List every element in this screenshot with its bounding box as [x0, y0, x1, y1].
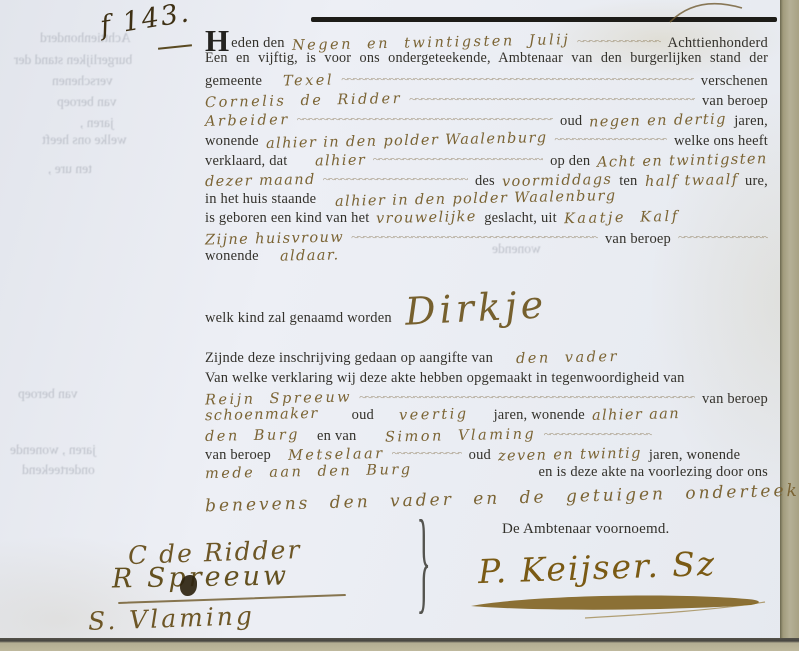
printed-text: jaren, wonende [649, 447, 740, 464]
printed-text: Van welke verklaring wij deze akte hebbe… [205, 370, 685, 387]
ink-filler-line [554, 131, 667, 145]
bleedthrough-text: ten ure , [48, 161, 92, 177]
form-line-4: Cornelis de Ridder van beroep [205, 91, 775, 110]
handwritten-witness1-residence: alhier aan [592, 406, 680, 424]
form-line-3: gemeente Texel verschenen [205, 71, 775, 90]
printed-brace: } [417, 500, 431, 631]
handwritten-mother-name: Kaatje Kalf [564, 209, 680, 227]
handwritten-age: negen en dertig [589, 112, 727, 131]
ink-filler-line [323, 171, 468, 185]
ink-filler-line [297, 111, 553, 125]
form-line-15: Van welke verklaring wij deze akte hebbe… [205, 370, 775, 387]
ink-filler-line [341, 71, 694, 85]
witness1-signature: R Spreeuw [112, 560, 290, 594]
printed-text: gemeente [205, 73, 262, 90]
official-signature: P. Keijser. Sz [477, 544, 716, 591]
form-line-19: van beroep Metselaar oud zeven en twinti… [205, 445, 775, 464]
printed-text: en is deze akte na voorlezing door ons [539, 464, 768, 481]
bleedthrough-text: onderteekend [22, 462, 95, 478]
printed-text: ure, [745, 173, 768, 190]
printed-text: en van [317, 428, 356, 445]
handwritten-mother-residence: aldaar. [280, 247, 340, 264]
form-line-12: wonende aldaar. [205, 248, 775, 265]
printed-text: Een en vijftig, is voor ons ondergeteeke… [205, 50, 768, 67]
printed-text: van beroep [702, 391, 768, 408]
book-page-edge-right [780, 0, 799, 651]
handwritten-month-ref: dezer maand [205, 172, 316, 190]
printed-text: oud [469, 447, 491, 464]
handwritten-witness1-age: veertig [399, 406, 469, 423]
form-line-18: den Burg en van Simon Vlaming [205, 426, 775, 445]
handwritten-municipality: Texel [283, 72, 334, 89]
book-page-edge-bottom [0, 638, 799, 651]
printed-text: van beroep [605, 231, 671, 248]
bleedthrough-text: burgerlijken stand der [14, 52, 132, 68]
ink-filler-line [359, 389, 695, 403]
handwritten-daypart: voormiddags [502, 172, 613, 190]
witness2-signature: S. Vlaming [88, 601, 256, 636]
printed-text: welk kind zal genaamd worden [205, 310, 392, 327]
bleedthrough-text: van beroep [57, 94, 117, 110]
handwritten-witness1-residence2: den Burg [205, 427, 300, 445]
printed-text: op den [550, 153, 590, 170]
form-line-5: Arbeider oud negen en dertig jaren, [205, 111, 775, 130]
pen-flourish-top [660, 0, 750, 24]
ink-filler-line [392, 445, 462, 459]
printed-text: welke ons heeft [674, 133, 768, 150]
handwritten-witness2-occupation: Metselaar [288, 446, 385, 464]
handwritten-witness2-name: Simon Vlaming [385, 426, 537, 445]
handwritten-hour: half twaalf [644, 172, 738, 190]
handwritten-birth-day: Acht en twintigsten [597, 151, 768, 171]
printed-text: oud [352, 407, 374, 424]
handwritten-witness2-residence: mede aan den Burg [205, 462, 413, 482]
printed-text: wonende [205, 248, 259, 265]
ink-filler-line [577, 33, 661, 47]
form-line-7: verklaard, dat alhier op den Acht en twi… [205, 151, 775, 170]
ink-filler-line [351, 229, 598, 243]
bleedthrough-text: jaren , wonende [10, 442, 96, 458]
bleedthrough-text: verschenen [52, 73, 113, 89]
ink-filler-line [544, 426, 653, 440]
handwritten-place: alhier [314, 152, 365, 169]
handwritten-child-name: Dirkje [404, 282, 548, 333]
form-line-16: Reijn Spreeuw van beroep [205, 389, 775, 408]
printed-text: jaren, [734, 113, 768, 130]
printed-text: in het huis staande [205, 191, 316, 208]
printed-text: verschenen [701, 73, 768, 90]
ink-filler-line [373, 151, 543, 165]
drop-cap-initial: H [205, 32, 229, 50]
bleedthrough-text: van beroep [18, 386, 78, 402]
bleedthrough-text: jaren , [80, 115, 114, 131]
handwritten-occupation: Arbeider [205, 112, 290, 130]
printed-text: des [475, 173, 495, 190]
form-line-17: schoenmaker oud veertig jaren, wonende a… [205, 407, 775, 424]
handwritten-residence: alhier in den polder Waalenburg [266, 130, 548, 152]
act-number: f 143. [98, 0, 192, 42]
handwritten-declarant-name: Cornelis de Ridder [205, 91, 402, 111]
handwritten-birth-house: alhier in den polder Waalenburg [335, 188, 617, 210]
bleedthrough-text: welke ons heeft [42, 132, 127, 148]
printed-text: ten [619, 173, 637, 190]
handwritten-informant: den vader [516, 349, 619, 367]
printed-text: wonende [205, 133, 259, 150]
official-title-label: De Ambtenaar voornoemd. [502, 521, 669, 538]
printed-text: geslacht, uit [484, 210, 557, 227]
handwritten-sex: vrouwelijke [376, 209, 477, 227]
printed-text: van beroep [702, 93, 768, 110]
printed-text: oud [560, 113, 582, 130]
handwritten-witness1-occupation: schoenmaker [205, 406, 319, 424]
printed-text: jaren, wonende [494, 407, 585, 424]
handwritten-witness2-age: zeven en twintig [498, 445, 642, 464]
act-number-underline [158, 44, 192, 50]
printed-text: verklaard, dat [205, 153, 288, 170]
ink-filler-line [678, 229, 768, 243]
form-line-2: Een en vijftig, is voor ons ondergeteeke… [205, 50, 775, 67]
signature-flourish [465, 590, 775, 624]
form-line-8: dezer maand des voormiddags ten half twa… [205, 171, 775, 190]
form-line-20: mede aan den Burg en is deze akte na voo… [205, 464, 775, 481]
form-line-11: Zijne huisvrouw van beroep [205, 229, 775, 248]
form-line-14: Zijnde deze inschrijving gedaan op aangi… [205, 350, 775, 367]
form-line-6: wonende alhier in den polder Waalenburg … [205, 131, 775, 150]
handwritten-mother-relation: Zijne huisvrouw [205, 230, 344, 249]
printed-text: van beroep [205, 447, 271, 464]
printed-text: Zijnde deze inschrijving gedaan op aangi… [205, 350, 493, 367]
form-line-1: H eden den Negen en twintigsten Julij Ac… [205, 28, 775, 52]
form-line-9: in het huis staande alhier in den polder… [205, 191, 775, 208]
scanned-birth-certificate: Achttienhonderd burgerlijken stand der v… [0, 0, 799, 651]
form-line-10: is geboren een kind van het vrouwelijke … [205, 210, 775, 227]
printed-text: is geboren een kind van het [205, 210, 369, 227]
handwritten-closing-line: benevens den vader en de getuigen ondert… [205, 480, 799, 517]
ink-filler-line [409, 91, 695, 105]
